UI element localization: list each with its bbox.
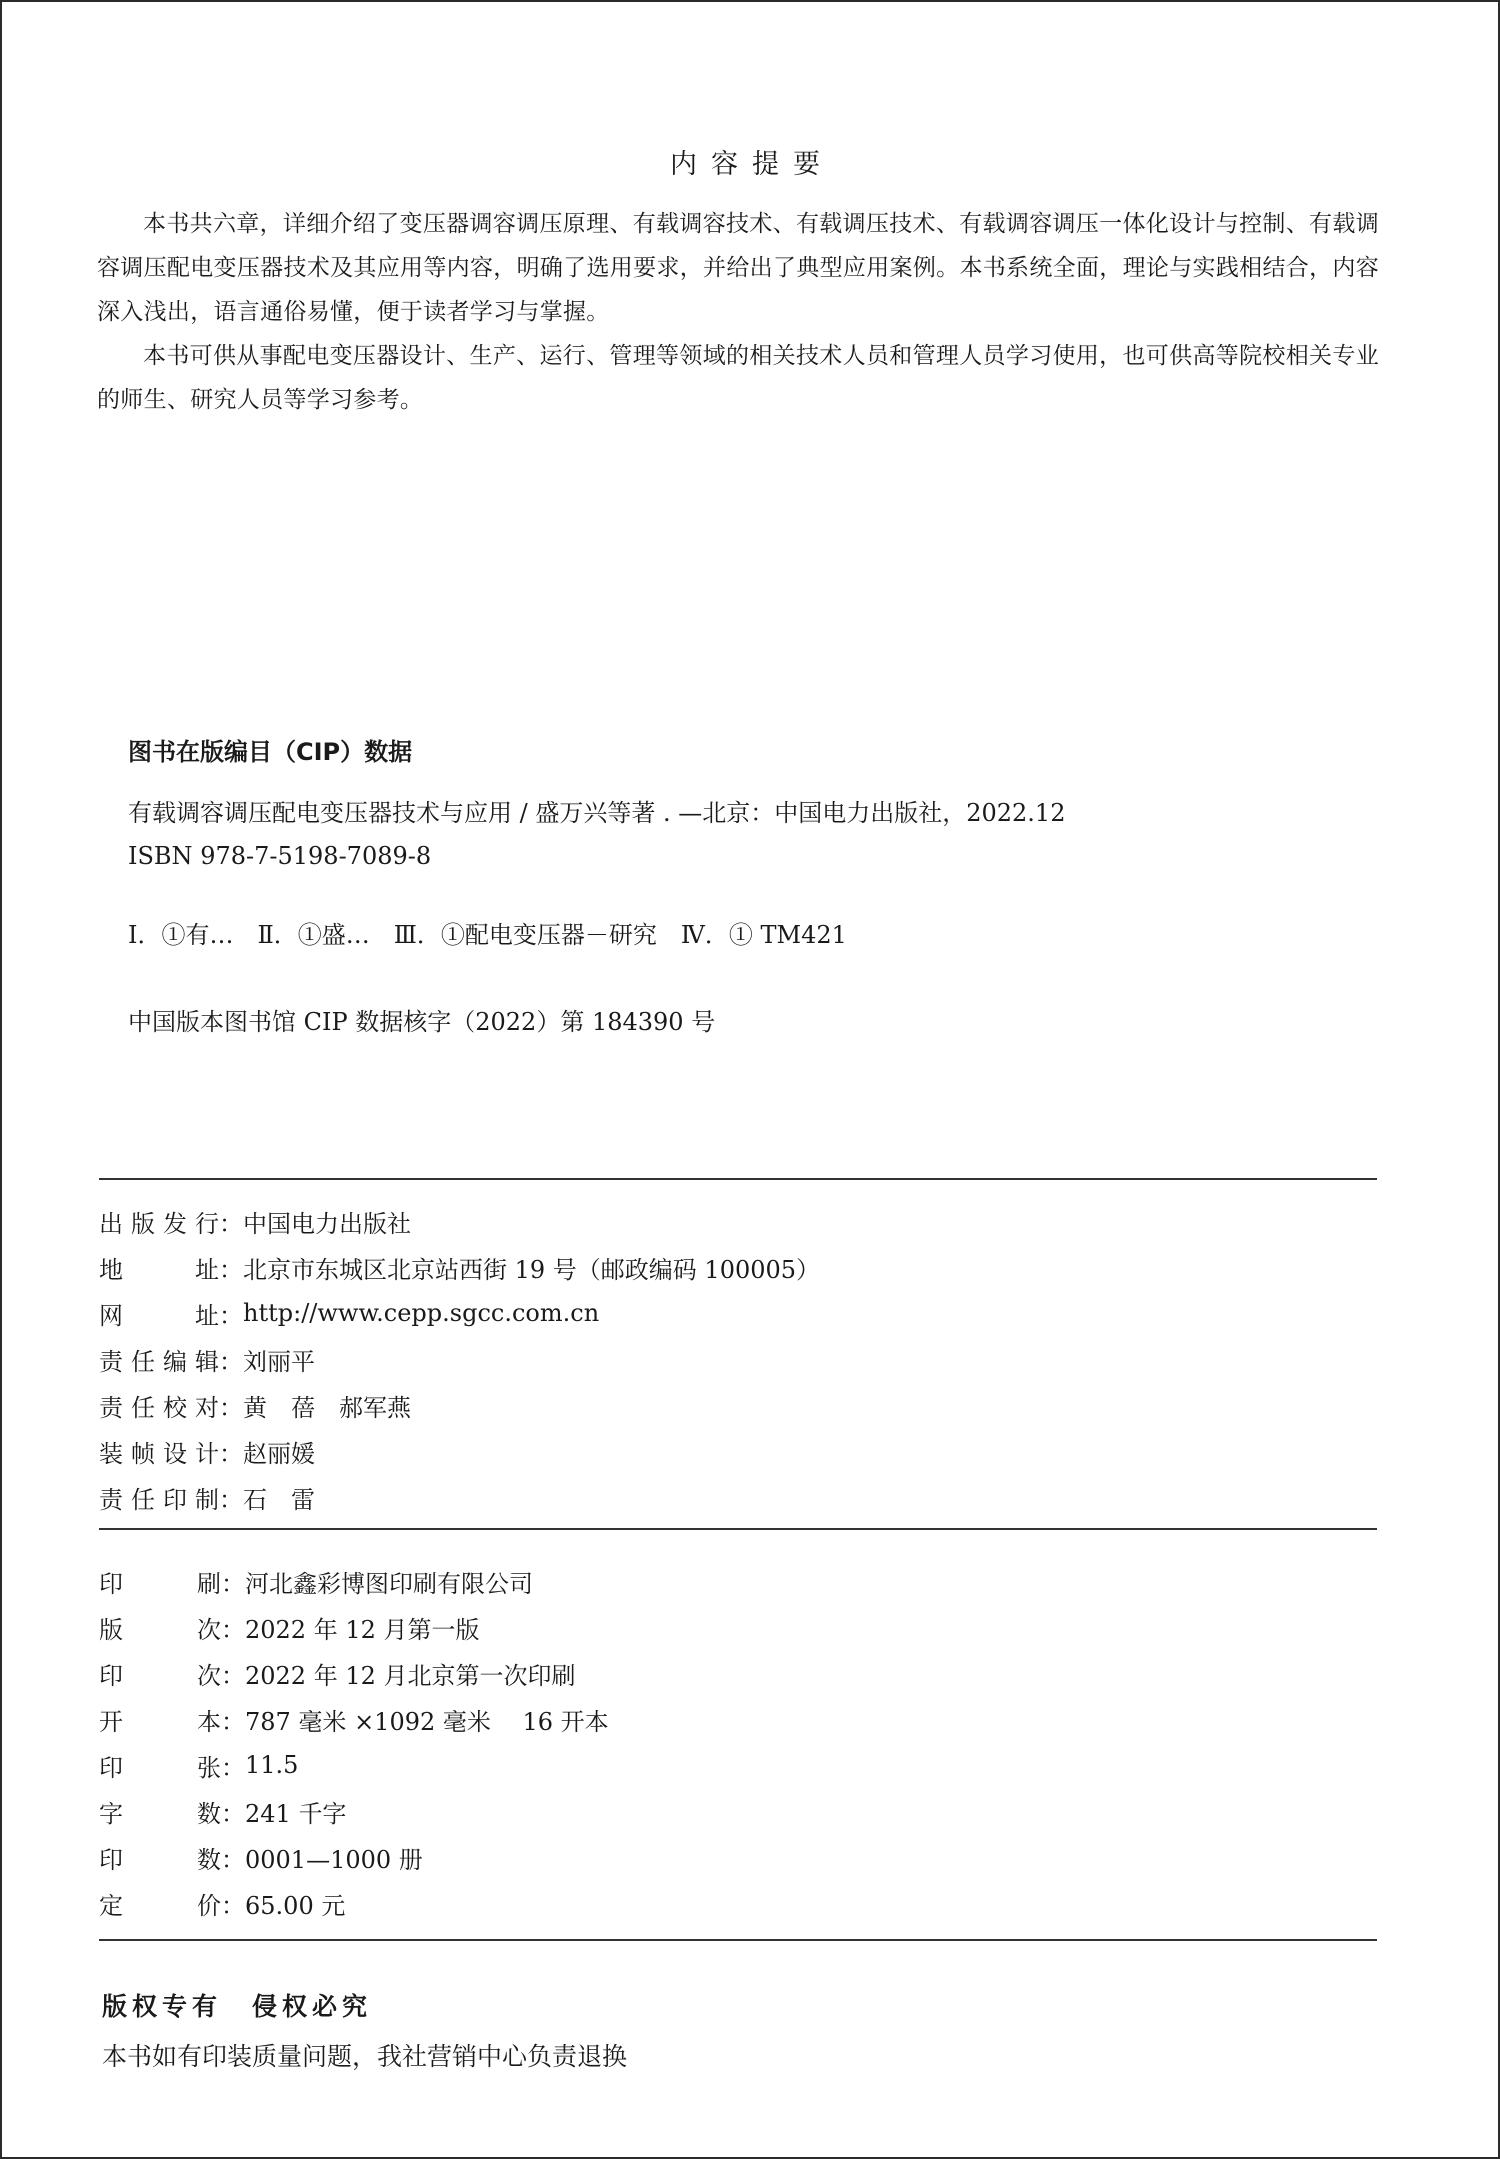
copyright-title: 版权专有 侵权必究	[102, 1987, 372, 2023]
print-info-row: 定价 ： 65.00 元	[99, 1883, 345, 1923]
info-colon: ：	[219, 1480, 243, 1515]
cip-isbn: ISBN 978-7-5198-7089-8	[128, 842, 431, 870]
publisher-website-link: http://www.cepp.sgcc.com.cn	[243, 1299, 599, 1327]
info-colon: ：	[219, 1388, 243, 1423]
info-colon: ：	[219, 1342, 243, 1377]
publisher-info-row: 装帧设计 ： 赵丽媛	[99, 1431, 315, 1471]
info-value: 中国电力出版社	[243, 1204, 411, 1239]
info-value: 黄 蓓 郝军燕	[243, 1388, 411, 1423]
info-label: 责任印制	[99, 1480, 219, 1515]
info-value: 0001—1000 册	[245, 1840, 423, 1875]
info-colon: ：	[221, 1610, 245, 1645]
book-copyright-page: 内容提要 本书共六章，详细介绍了变压器调容调压原理、有载调容技术、有载调压技术、…	[0, 0, 1500, 2159]
info-label: 印数	[99, 1840, 221, 1875]
publisher-info-row: 网址 ： http://www.cepp.sgcc.com.cn	[99, 1293, 599, 1333]
info-colon: ：	[221, 1840, 245, 1875]
info-label: 字数	[99, 1794, 221, 1829]
print-info-row: 开本 ： 787 毫米 ×1092 毫米 16 开本	[99, 1699, 609, 1739]
print-info-row: 印张 ： 11.5	[99, 1745, 298, 1785]
info-label: 定价	[99, 1886, 221, 1921]
info-colon: ：	[221, 1656, 245, 1691]
info-label: 印刷	[99, 1564, 221, 1599]
info-value: 石 雷	[243, 1480, 315, 1515]
info-value: 刘丽平	[243, 1342, 315, 1377]
info-colon: ：	[219, 1250, 243, 1285]
info-value: 11.5	[245, 1751, 298, 1779]
info-colon: ：	[221, 1702, 245, 1737]
info-label: 责任编辑	[99, 1342, 219, 1377]
info-colon: ：	[219, 1204, 243, 1239]
info-label: 责任校对	[99, 1388, 219, 1423]
divider-rule	[99, 1939, 1377, 1941]
divider-rule	[99, 1178, 1377, 1180]
summary-body: 本书共六章，详细介绍了变压器调容调压原理、有载调容技术、有载调压技术、有载调容调…	[97, 202, 1379, 422]
divider-rule	[99, 1528, 1377, 1530]
cip-title: 图书在版编目（CIP）数据	[128, 732, 412, 767]
print-info-row: 印数 ： 0001—1000 册	[99, 1837, 423, 1877]
info-colon: ：	[221, 1886, 245, 1921]
info-value: 赵丽媛	[243, 1434, 315, 1469]
print-info-row: 印刷 ： 河北鑫彩博图印刷有限公司	[99, 1561, 533, 1601]
print-info-row: 版次 ： 2022 年 12 月第一版	[99, 1607, 480, 1647]
summary-title: 内容提要	[2, 142, 1500, 181]
summary-paragraph: 本书共六章，详细介绍了变压器调容调压原理、有载调容技术、有载调压技术、有载调容调…	[97, 202, 1379, 334]
cip-library-record: 中国版本图书馆 CIP 数据核字（2022）第 184390 号	[128, 1002, 715, 1037]
print-info-row: 印次 ： 2022 年 12 月北京第一次印刷	[99, 1653, 576, 1693]
info-colon: ：	[221, 1748, 245, 1783]
info-value: 787 毫米 ×1092 毫米 16 开本	[245, 1702, 609, 1737]
publisher-info-row: 责任校对 ： 黄 蓓 郝军燕	[99, 1385, 411, 1425]
info-colon: ：	[221, 1564, 245, 1599]
info-value: 65.00 元	[245, 1886, 345, 1921]
info-value: 2022 年 12 月北京第一次印刷	[245, 1656, 576, 1691]
info-label: 出版发行	[99, 1204, 219, 1239]
publisher-info-row: 责任印制 ： 石 雷	[99, 1477, 315, 1517]
info-label: 印次	[99, 1656, 221, 1691]
cip-record: 有载调容调压配电变压器技术与应用 / 盛万兴等著 . —北京：中国电力出版社，2…	[128, 793, 1065, 828]
info-colon: ：	[219, 1296, 243, 1331]
summary-paragraph: 本书可供从事配电变压器设计、生产、运行、管理等领域的相关技术人员和管理人员学习使…	[97, 334, 1379, 422]
info-label: 地址	[99, 1250, 219, 1285]
info-value: 2022 年 12 月第一版	[245, 1610, 480, 1645]
info-label: 装帧设计	[99, 1434, 219, 1469]
info-label: 版次	[99, 1610, 221, 1645]
info-value: 241 千字	[245, 1794, 346, 1829]
publisher-info-row: 出版发行 ： 中国电力出版社	[99, 1201, 411, 1241]
publisher-info-row: 地址 ： 北京市东城区北京站西街 19 号（邮政编码 100005）	[99, 1247, 820, 1287]
publisher-info-row: 责任编辑 ： 刘丽平	[99, 1339, 315, 1379]
cip-classification: Ⅰ．①有… Ⅱ．①盛… Ⅲ．①配电变压器－研究 Ⅳ．① TM421	[128, 915, 847, 950]
info-label: 印张	[99, 1748, 221, 1783]
print-info-row: 字数 ： 241 千字	[99, 1791, 346, 1831]
info-value: 河北鑫彩博图印刷有限公司	[245, 1564, 533, 1599]
info-colon: ：	[221, 1794, 245, 1829]
info-value: 北京市东城区北京站西街 19 号（邮政编码 100005）	[243, 1250, 820, 1285]
info-colon: ：	[219, 1434, 243, 1469]
info-label: 网址	[99, 1296, 219, 1331]
info-label: 开本	[99, 1702, 221, 1737]
copyright-note: 本书如有印装质量问题，我社营销中心负责退换	[102, 2037, 627, 2073]
